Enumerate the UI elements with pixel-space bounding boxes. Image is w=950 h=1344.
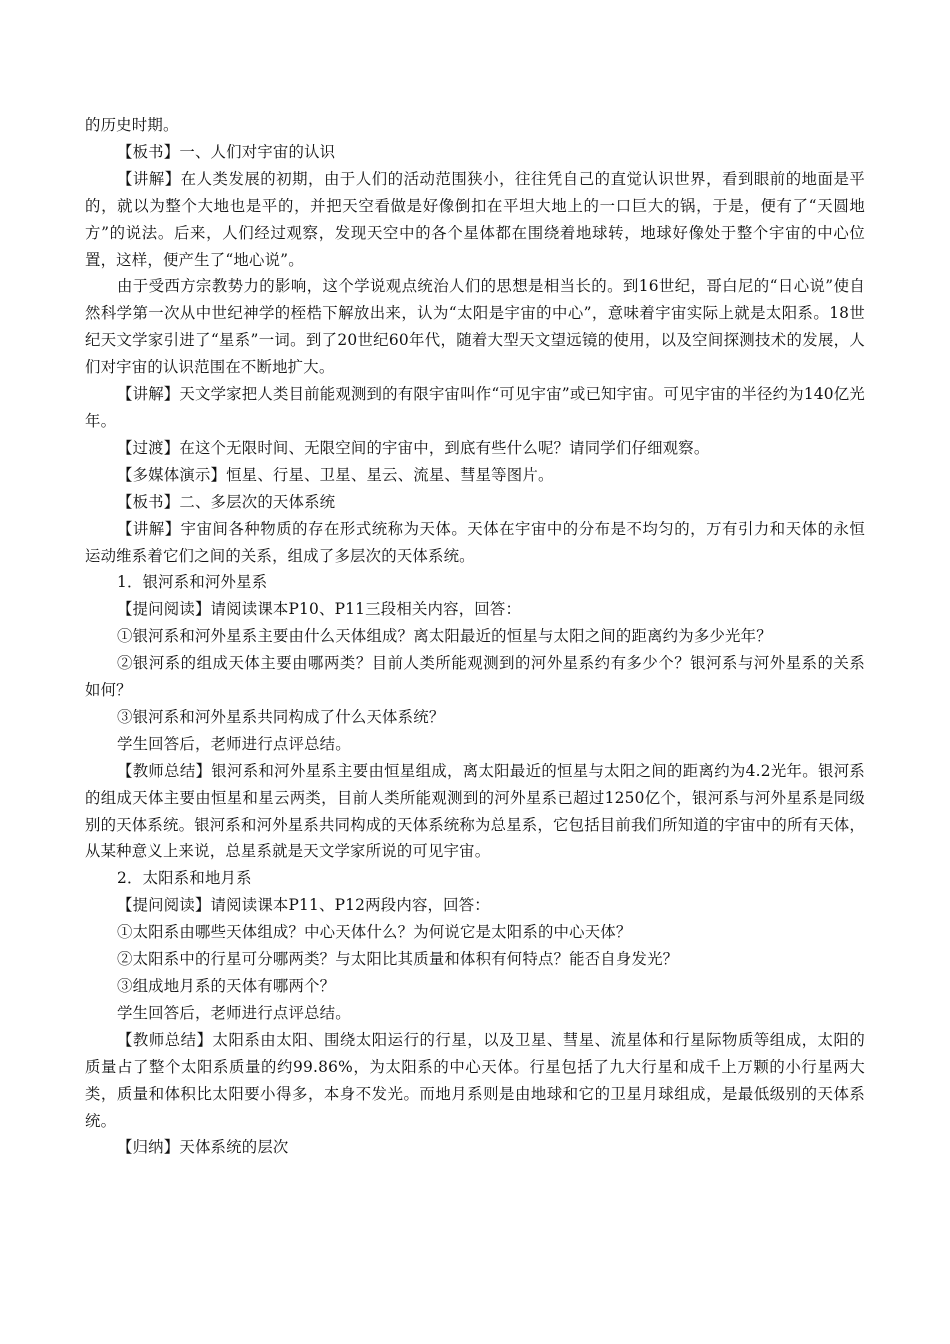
board-heading-1: 【板书】一、人们对宇宙的认识 xyxy=(85,139,865,166)
summary-heading: 【归纳】天体系统的层次 xyxy=(85,1134,865,1161)
student-answer-note-1: 学生回答后，老师进行点评总结。 xyxy=(85,731,865,758)
transition-paragraph: 【过渡】在这个无限时间、无限空间的宇宙中，到底有些什么呢？请同学们仔细观察。 xyxy=(85,435,865,462)
board-heading-2: 【板书】二、多层次的天体系统 xyxy=(85,489,865,516)
history-paragraph: 由于受西方宗教势力的影响，这个学说观点统治人们的思想是相当长的。到16世纪，哥白… xyxy=(85,273,865,381)
paragraph-continuation: 的历史时期。 xyxy=(85,112,865,139)
teacher-summary-2: 【教师总结】太阳系由太阳、围绕太阳运行的行星，以及卫星、彗星、流星体和行星际物质… xyxy=(85,1027,865,1135)
reading-prompt-1: 【提问阅读】请阅读课本P10、P11三段相关内容，回答： xyxy=(85,596,865,623)
section-heading-2: 2．太阳系和地月系 xyxy=(85,865,865,892)
question-1-3: ③银河系和河外星系共同构成了什么天体系统？ xyxy=(85,704,865,731)
reading-prompt-2: 【提问阅读】请阅读课本P11、P12两段内容，回答： xyxy=(85,892,865,919)
lecture-paragraph-1: 【讲解】在人类发展的初期，由于人们的活动范围狭小，往往凭自己的直觉认识世界，看到… xyxy=(85,166,865,274)
question-1-2: ②银河系的组成天体主要由哪两类？目前人类所能观测到的河外星系约有多少个？银河系与… xyxy=(85,650,865,704)
question-2-3: ③组成地月系的天体有哪两个？ xyxy=(85,973,865,1000)
lecture-paragraph-2: 【讲解】天文学家把人类目前能观测到的有限宇宙叫作“可见宇宙”或已知宇宙。可见宇宙… xyxy=(85,381,865,435)
question-1-1: ①银河系和河外星系主要由什么天体组成？离太阳最近的恒星与太阳之间的距离约为多少光… xyxy=(85,623,865,650)
document-page: 的历史时期。 【板书】一、人们对宇宙的认识 【讲解】在人类发展的初期，由于人们的… xyxy=(85,112,865,1161)
section-heading-1: 1．银河系和河外星系 xyxy=(85,569,865,596)
question-2-2: ②太阳系中的行星可分哪两类？与太阳比其质量和体积有何特点？能否自身发光？ xyxy=(85,946,865,973)
question-2-1: ①太阳系由哪些天体组成？中心天体什么？为何说它是太阳系的中心天体？ xyxy=(85,919,865,946)
multimedia-paragraph: 【多媒体演示】恒星、行星、卫星、星云、流星、彗星等图片。 xyxy=(85,462,865,489)
lecture-paragraph-3: 【讲解】宇宙间各种物质的存在形式统称为天体。天体在宇宙中的分布是不均匀的，万有引… xyxy=(85,516,865,570)
teacher-summary-1: 【教师总结】银河系和河外星系主要由恒星组成，离太阳最近的恒星与太阳之间的距离约为… xyxy=(85,758,865,866)
student-answer-note-2: 学生回答后，老师进行点评总结。 xyxy=(85,1000,865,1027)
